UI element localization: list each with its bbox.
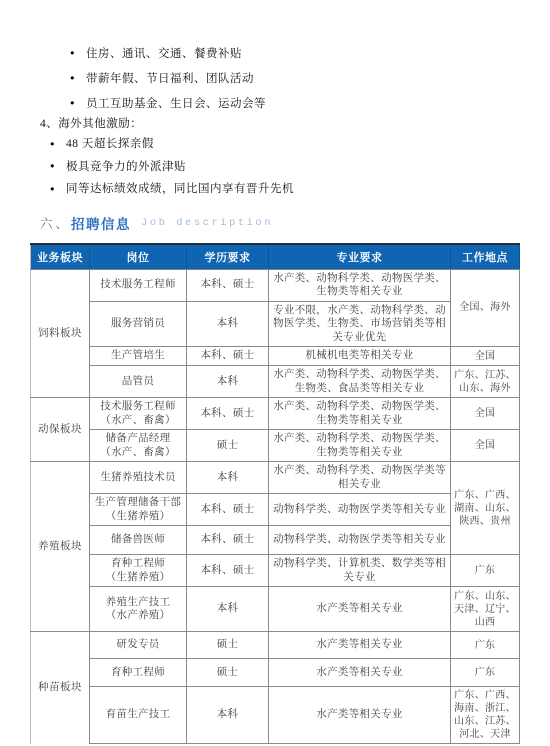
overseas-item-label: 48 天超长探亲假 <box>66 135 154 151</box>
section-subtitle: Job description <box>141 217 273 229</box>
cell-degree: 本科 <box>187 366 269 398</box>
cell-major: 专业不限，水产类、动物科学类、动物医学类、生物类、市场营销类等相关专业优先 <box>269 301 451 347</box>
cell-section: 养殖板块 <box>31 462 90 632</box>
cell-degree: 硕士 <box>187 632 269 659</box>
cell-position: 研发专员 <box>90 632 187 659</box>
cell-degree: 本科 <box>187 462 269 494</box>
table-header-row: 业务板块 岗位 学历要求 专业要求 工作地点 <box>31 244 520 270</box>
bullet-icon: ● <box>70 98 75 107</box>
list-item: ● 同等达标绩效成绩，同比国内享有晋升先机 <box>50 177 550 200</box>
cell-location: 全国、海外 <box>451 269 520 347</box>
cell-degree: 硕士 <box>187 659 269 687</box>
job-table: 业务板块 岗位 学历要求 专业要求 工作地点 饲料板块 技术服务工程师 本科、硕… <box>30 243 520 745</box>
column-header-major: 专业要求 <box>269 244 451 270</box>
cell-degree: 本科 <box>187 687 269 744</box>
cell-degree: 本科 <box>187 301 269 347</box>
cell-position: 储备产品经理 （水产、畜禽） <box>90 430 187 462</box>
cell-major: 动物科学类、动物医学类等相关专业 <box>269 526 451 555</box>
cell-location: 广东 <box>451 632 520 659</box>
cell-location: 广东、广西、海南、浙江、山东、江苏、河北、天津 <box>451 687 520 744</box>
bullet-icon: ● <box>70 48 75 57</box>
table-row: 种苗板块 研发专员 硕士 水产类等相关专业 广东 <box>31 632 520 659</box>
cell-location: 广东、广西、湖南、山东、陕西、贵州 <box>451 462 520 555</box>
cell-degree: 本科、硕士 <box>187 494 269 526</box>
cell-degree: 本科、硕士 <box>187 526 269 555</box>
cell-position: 生产管培生 <box>90 347 187 366</box>
overseas-item-label: 同等达标绩效成绩，同比国内享有晋升先机 <box>66 180 294 196</box>
cell-location: 全国 <box>451 398 520 430</box>
column-header-position: 岗位 <box>90 244 187 270</box>
welfare-item-label: 住房、通讯、交通、餐费补贴 <box>86 45 242 61</box>
column-header-business-segment: 业务板块 <box>31 244 90 270</box>
cell-degree: 本科、硕士 <box>187 269 269 301</box>
cell-major: 水产类等相关专业 <box>269 659 451 687</box>
cell-major: 水产类、动物科学类、动物医学类、生物类等相关专业 <box>269 398 451 430</box>
cell-degree: 本科 <box>187 587 269 632</box>
document-page: ● 住房、通讯、交通、餐费补贴 ● 带薪年假、节日福利、团队活动 ● 员工互助基… <box>0 0 550 746</box>
cell-section: 动保板块 <box>31 398 90 462</box>
overseas-bullet-list: ● 48 天超长探亲假 ● 极具竞争力的外派津贴 ● 同等达标绩效成绩，同比国内… <box>30 132 550 200</box>
cell-position: 品管员 <box>90 366 187 398</box>
section-heading: 六、 招聘信息 Job description <box>30 214 550 233</box>
table-row: 服务营销员 本科 专业不限，水产类、动物科学类、动物医学类、生物类、市场营销类等… <box>31 301 520 347</box>
table-row: 生产管理储备干部 （生猪养殖） 本科、硕士 动物科学类、动物医学类等相关专业 <box>31 494 520 526</box>
cell-location: 广东 <box>451 659 520 687</box>
cell-position: 育种工程师 （生猪养殖） <box>90 555 187 587</box>
cell-position: 技术服务工程师 <box>90 269 187 301</box>
cell-position: 生产管理储备干部 （生猪养殖） <box>90 494 187 526</box>
cell-section: 饲料板块 <box>31 269 90 398</box>
welfare-item-label: 带薪年假、节日福利、团队活动 <box>86 70 254 86</box>
cell-degree: 本科、硕士 <box>187 555 269 587</box>
cell-section: 种苗板块 <box>31 632 90 744</box>
page-title: 招聘信息 <box>71 213 131 233</box>
cell-position: 育苗生产技工 <box>90 687 187 744</box>
cell-major: 机械机电类等相关专业 <box>269 347 451 366</box>
list-item: ● 员工互助基金、生日会、运动会等 <box>70 90 550 115</box>
cell-degree: 硕士 <box>187 430 269 462</box>
cell-position: 储备兽医师 <box>90 526 187 555</box>
bullet-icon: ● <box>70 73 75 82</box>
table-row: 品管员 本科 水产类、动物科学类、动物医学类、生物类、食品类等相关专业 广东、江… <box>31 366 520 398</box>
table-row: 育种工程师 硕士 水产类等相关专业 广东 <box>31 659 520 687</box>
cell-major: 水产类、动物科学类、动物医学类等相关专业 <box>269 462 451 494</box>
cell-position: 服务营销员 <box>90 301 187 347</box>
table-row: 育种工程师 （生猪养殖） 本科、硕士 动物科学类、计算机类、数学类等相关专业 广… <box>31 555 520 587</box>
cell-position: 育种工程师 <box>90 659 187 687</box>
cell-location: 广东、江苏、山东、海外 <box>451 366 520 398</box>
table-row: 养殖板块 生猪养殖技术员 本科 水产类、动物科学类、动物医学类等相关专业 广东、… <box>31 462 520 494</box>
cell-major: 水产类等相关专业 <box>269 632 451 659</box>
bullet-icon: ● <box>50 161 55 170</box>
cell-position: 养殖生产技工 （水产养殖） <box>90 587 187 632</box>
cell-position: 技术服务工程师 （水产、畜禽） <box>90 398 187 430</box>
column-header-location: 工作地点 <box>451 244 520 270</box>
cell-position: 生猪养殖技术员 <box>90 462 187 494</box>
list-item: ● 48 天超长探亲假 <box>50 132 550 155</box>
table-row: 养殖生产技工 （水产养殖） 本科 水产类等相关专业 广东、山东、天津、辽宁、山西 <box>31 587 520 632</box>
bullet-icon: ● <box>50 184 55 193</box>
list-item: ● 住房、通讯、交通、餐费补贴 <box>70 40 550 65</box>
table-row: 储备产品经理 （水产、畜禽） 硕士 水产类、动物科学类、动物医学类、生物类等相关… <box>31 430 520 462</box>
cell-major: 水产类、动物科学类、动物医学类、生物类等相关专业 <box>269 430 451 462</box>
cell-major: 水产类、动物科学类、动物医学类、生物类等相关专业 <box>269 269 451 301</box>
column-header-degree: 学历要求 <box>187 244 269 270</box>
cell-location: 全国 <box>451 347 520 366</box>
cell-degree: 本科、硕士 <box>187 347 269 366</box>
table-row: 饲料板块 技术服务工程师 本科、硕士 水产类、动物科学类、动物医学类、生物类等相… <box>31 269 520 301</box>
list-item: ● 极具竞争力的外派津贴 <box>50 155 550 178</box>
list-item: ● 带薪年假、节日福利、团队活动 <box>70 65 550 90</box>
welfare-item-label: 员工互助基金、生日会、运动会等 <box>86 95 266 111</box>
cell-major: 水产类等相关专业 <box>269 587 451 632</box>
cell-degree: 本科、硕士 <box>187 398 269 430</box>
table-row: 生产管培生 本科、硕士 机械机电类等相关专业 全国 <box>31 347 520 366</box>
welfare-bullet-list: ● 住房、通讯、交通、餐费补贴 ● 带薪年假、节日福利、团队活动 ● 员工互助基… <box>30 0 550 115</box>
overseas-incentives-heading: 4、海外其他激励： <box>30 116 550 132</box>
table-row: 育苗生产技工 本科 水产类等相关专业 广东、广西、海南、浙江、山东、江苏、河北、… <box>31 687 520 744</box>
cell-location: 广东 <box>451 555 520 587</box>
table-row: 储备兽医师 本科、硕士 动物科学类、动物医学类等相关专业 <box>31 526 520 555</box>
cell-major: 水产类等相关专业 <box>269 687 451 744</box>
cell-major: 动物科学类、计算机类、数学类等相关专业 <box>269 555 451 587</box>
cell-major: 动物科学类、动物医学类等相关专业 <box>269 494 451 526</box>
cell-location: 广东、山东、天津、辽宁、山西 <box>451 587 520 632</box>
overseas-item-label: 极具竞争力的外派津贴 <box>66 158 186 174</box>
cell-location: 全国 <box>451 430 520 462</box>
table-row: 动保板块 技术服务工程师 （水产、畜禽） 本科、硕士 水产类、动物科学类、动物医… <box>31 398 520 430</box>
cell-major: 水产类、动物科学类、动物医学类、生物类、食品类等相关专业 <box>269 366 451 398</box>
bullet-icon: ● <box>50 139 55 148</box>
section-number: 六、 <box>40 214 71 232</box>
